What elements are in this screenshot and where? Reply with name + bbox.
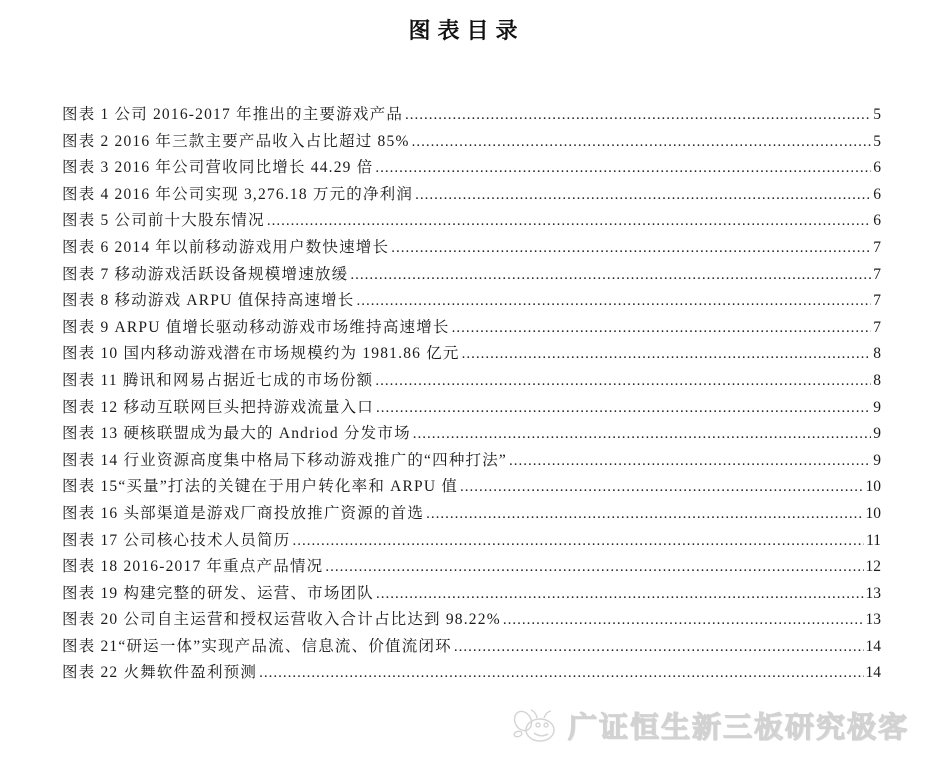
toc-entry[interactable]: 图表 3 2016 年公司营收同比增长 44.29 倍 6 xyxy=(62,155,881,182)
toc-leader-dots xyxy=(462,341,872,368)
toc-entry-page: 7 xyxy=(873,315,881,342)
toc-entry-page: 6 xyxy=(873,208,881,235)
toc-entry-label: 图表 7 移动游戏活跃设备规模增速放缓 xyxy=(62,262,348,289)
toc-entry[interactable]: 图表 14 行业资源高度集中格局下移动游戏推广的“四种打法” 9 xyxy=(62,448,881,475)
toc-entry-label: 图表 9 ARPU 值增长驱动移动游戏市场维持高速增长 xyxy=(62,315,450,342)
toc-entry-page: 14 xyxy=(866,634,882,661)
toc-entry-label: 图表 8 移动游戏 ARPU 值保持高速增长 xyxy=(62,288,355,315)
toc-entry-page: 10 xyxy=(866,501,882,528)
toc-entry[interactable]: 图表 16 头部渠道是游戏厂商投放推广资源的首选 10 xyxy=(62,501,881,528)
toc-leader-dots xyxy=(350,262,871,289)
toc-leader-dots xyxy=(426,501,863,528)
toc-entry[interactable]: 图表 12 移动互联网巨头把持游戏流量入口 9 xyxy=(62,395,881,422)
toc-entry-label: 图表 12 移动互联网巨头把持游戏流量入口 xyxy=(62,395,374,422)
toc-entry-page: 9 xyxy=(873,421,881,448)
toc-entry-label: 图表 3 2016 年公司营收同比增长 44.29 倍 xyxy=(62,155,373,182)
brand-watermark-text: 广证恒生新三板研究极客 xyxy=(568,705,909,746)
toc-entry-label: 图表 22 火舞软件盈利预测 xyxy=(62,660,257,687)
toc-entry-page: 7 xyxy=(873,235,881,262)
toc-entry[interactable]: 图表 2 2016 年三款主要产品收入占比超过 85% 5 xyxy=(62,129,881,156)
toc-leader-dots xyxy=(325,554,863,581)
toc-entry-label: 图表 1 公司 2016-2017 年推出的主要游戏产品 xyxy=(62,102,403,129)
document-page: 图表目录 图表 1 公司 2016-2017 年推出的主要游戏产品 5 图表 2… xyxy=(0,0,933,775)
toc-entry-label: 图表 20 公司自主运营和授权运营收入合计占比达到 98.22% xyxy=(62,607,501,634)
toc-leader-dots xyxy=(412,129,872,156)
toc-entry[interactable]: 图表 17 公司核心技术人员简历 11 xyxy=(62,528,881,555)
toc-list: 图表 1 公司 2016-2017 年推出的主要游戏产品 5 图表 2 2016… xyxy=(62,102,881,687)
toc-entry-label: 图表 11 腾讯和网易占据近七成的市场份额 xyxy=(62,368,373,395)
toc-entry[interactable]: 图表 10 国内移动游戏潜在市场规模约为 1981.86 亿元 8 xyxy=(62,341,881,368)
toc-entry[interactable]: 图表 19 构建完整的研发、运营、市场团队 13 xyxy=(62,581,881,608)
toc-entry-page: 7 xyxy=(873,288,881,315)
toc-leader-dots xyxy=(413,421,871,448)
toc-entry[interactable]: 图表 1 公司 2016-2017 年推出的主要游戏产品 5 xyxy=(62,102,881,129)
toc-entry-page: 8 xyxy=(873,341,881,368)
toc-entry[interactable]: 图表 9 ARPU 值增长驱动移动游戏市场维持高速增长 7 xyxy=(62,315,881,342)
toc-entry-label: 图表 2 2016 年三款主要产品收入占比超过 85% xyxy=(62,129,410,156)
mascot-icon xyxy=(510,703,562,747)
toc-leader-dots xyxy=(375,155,871,182)
toc-entry[interactable]: 图表 11 腾讯和网易占据近七成的市场份额 8 xyxy=(62,368,881,395)
toc-entry-page: 14 xyxy=(866,660,882,687)
toc-entry-label: 图表 16 头部渠道是游戏厂商投放推广资源的首选 xyxy=(62,501,424,528)
toc-entry[interactable]: 图表 13 硬核联盟成为最大的 Andriod 分发市场 9 xyxy=(62,421,881,448)
toc-entry[interactable]: 图表 15“买量”打法的关键在于用户转化率和 ARPU 值 10 xyxy=(62,474,881,501)
toc-entry[interactable]: 图表 6 2014 年以前移动游戏用户数快速增长 7 xyxy=(62,235,881,262)
toc-entry-page: 10 xyxy=(866,474,882,501)
toc-leader-dots xyxy=(454,634,864,661)
toc-entry-page: 7 xyxy=(873,262,881,289)
toc-entry-page: 6 xyxy=(873,182,881,209)
toc-entry-label: 图表 4 2016 年公司实现 3,276.18 万元的净利润 xyxy=(62,182,413,209)
toc-entry-page: 8 xyxy=(873,368,881,395)
toc-entry-page: 6 xyxy=(873,155,881,182)
toc-entry-label: 图表 18 2016-2017 年重点产品情况 xyxy=(62,554,323,581)
toc-entry-page: 5 xyxy=(873,129,881,156)
toc-entry-label: 图表 5 公司前十大股东情况 xyxy=(62,208,265,235)
toc-entry[interactable]: 图表 21“研运一体”实现产品流、信息流、价值流闭环 14 xyxy=(62,634,881,661)
toc-leader-dots xyxy=(460,474,863,501)
toc-entry-label: 图表 15“买量”打法的关键在于用户转化率和 ARPU 值 xyxy=(62,474,458,501)
toc-entry[interactable]: 图表 20 公司自主运营和授权运营收入合计占比达到 98.22% 13 xyxy=(62,607,881,634)
toc-entry[interactable]: 图表 8 移动游戏 ARPU 值保持高速增长 7 xyxy=(62,288,881,315)
toc-entry-label: 图表 21“研运一体”实现产品流、信息流、价值流闭环 xyxy=(62,634,452,661)
toc-entry-page: 5 xyxy=(873,102,881,129)
toc-leader-dots xyxy=(405,102,871,129)
toc-leader-dots xyxy=(376,395,871,422)
toc-leader-dots xyxy=(503,607,864,634)
page-title: 图表目录 xyxy=(0,0,933,45)
toc-entry-label: 图表 17 公司核心技术人员简历 xyxy=(62,528,290,555)
toc-entry[interactable]: 图表 5 公司前十大股东情况 6 xyxy=(62,208,881,235)
toc-leader-dots xyxy=(391,235,871,262)
toc-leader-dots xyxy=(375,368,871,395)
toc-entry-label: 图表 14 行业资源高度集中格局下移动游戏推广的“四种打法” xyxy=(62,448,507,475)
toc-leader-dots xyxy=(376,581,864,608)
toc-entry-page: 12 xyxy=(866,554,882,581)
toc-entry[interactable]: 图表 22 火舞软件盈利预测 14 xyxy=(62,660,881,687)
toc-leader-dots xyxy=(415,182,871,209)
toc-leader-dots xyxy=(259,660,863,687)
toc-entry-label: 图表 13 硬核联盟成为最大的 Andriod 分发市场 xyxy=(62,421,411,448)
toc-leader-dots xyxy=(509,448,871,475)
toc-entry-page: 11 xyxy=(866,528,881,555)
toc-leader-dots xyxy=(452,315,872,342)
toc-entry[interactable]: 图表 7 移动游戏活跃设备规模增速放缓 7 xyxy=(62,262,881,289)
toc-entry-label: 图表 6 2014 年以前移动游戏用户数快速增长 xyxy=(62,235,389,262)
brand-watermark: 广证恒生新三板研究极客 xyxy=(510,703,909,747)
toc-leader-dots xyxy=(292,528,864,555)
toc-entry-page: 9 xyxy=(873,395,881,422)
toc-entry-label: 图表 19 构建完整的研发、运营、市场团队 xyxy=(62,581,374,608)
toc-entry-page: 13 xyxy=(866,581,882,608)
toc-entry[interactable]: 图表 4 2016 年公司实现 3,276.18 万元的净利润 6 xyxy=(62,182,881,209)
toc-entry[interactable]: 图表 18 2016-2017 年重点产品情况 12 xyxy=(62,554,881,581)
toc-entry-page: 13 xyxy=(866,607,882,634)
toc-entry-label: 图表 10 国内移动游戏潜在市场规模约为 1981.86 亿元 xyxy=(62,341,460,368)
toc-leader-dots xyxy=(357,288,872,315)
toc-leader-dots xyxy=(267,208,871,235)
toc-entry-page: 9 xyxy=(873,448,881,475)
